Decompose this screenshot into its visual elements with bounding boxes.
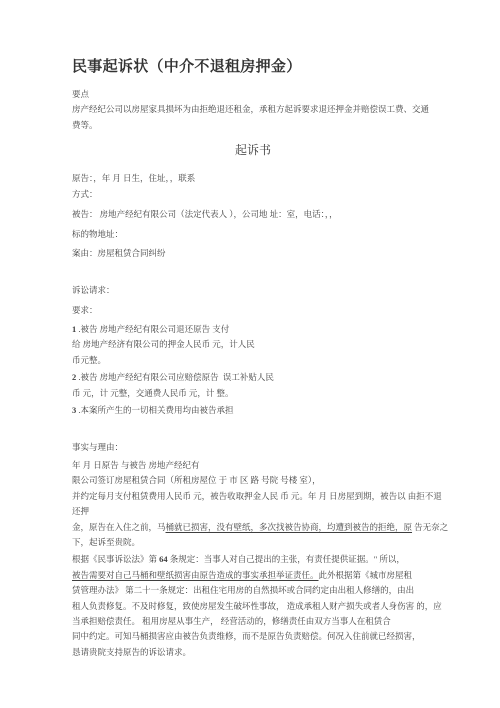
legal-line-2: 被告需要对自己马桶和壁纸损害由原告造成的事实承担举证责任。此外根据第《城市房屋租 <box>72 568 434 583</box>
legal-line-1: 根据《民事诉讼法》第 64 条规定：当事人对自己提出的主张，有责任提供证据。" … <box>72 552 434 567</box>
claim-3-text: .本案所产生的一切相关费用均由被告承担 <box>76 405 233 415</box>
defendant-line: 被告： 房地产经纪有限公司（法定代表人 ），公司地 址：室，电话：，， <box>72 207 434 222</box>
legal-line-4: 租人负责修复。不及时修复，致使房屋发生破坏性事故， 造成承租人财产损失或者人身伤… <box>72 599 434 614</box>
facts-line-4: 还押 <box>72 504 434 519</box>
case-cause-paragraph: 案由：房屋租赁合同纠纷 <box>72 246 434 261</box>
plaintiff-line-2: 方式： <box>72 187 434 202</box>
facts-line-2: 限公司签订房屋租赁合同（所租房屋位 于 市 区 路 号院 号楼 室）， <box>72 473 434 488</box>
claim-item-3: 3 .本案所产生的一切相关费用均由被告承担 <box>72 403 434 418</box>
claim-1-line-3: 币元整。 <box>72 353 434 368</box>
legal-line-7: 恳请贵院支持原告的诉讼请求。 <box>72 645 434 660</box>
doc-heading: 起诉书 <box>72 141 434 159</box>
claims-demand-paragraph: 要求： <box>72 303 434 318</box>
page-title: 民事起诉状（中介不退租房押金） <box>72 56 434 78</box>
facts-line-5-suffix: 告无奈之 <box>412 522 448 532</box>
legal-line-2-underlined: 被告需要对自己马桶和壁纸损害由原告造成的事实承担举证责任。 <box>72 570 319 580</box>
legal-line-3: 赁管理办法》 第二十一条规定：出租住宅用房的自然损坏或合同约定由出租人修缮的，由… <box>72 583 434 598</box>
facts-label: 事实与理由： <box>72 440 434 455</box>
keypoints-label: 要点 <box>72 87 434 102</box>
facts-line-5-prefix: 金，原告在入住之前，马 <box>72 522 166 532</box>
facts-paragraph: 年 月 日原告 与被告 房地产经纪有 限公司签订房屋租赁合同（所租房屋位 于 市… <box>72 458 434 550</box>
claim-2-line-2: 币 元，计 元整，交通费人民币 元，计 整。 <box>72 386 434 401</box>
facts-line-1: 年 月 日原告 与被告 房地产经纪有 <box>72 458 434 473</box>
summary-line-2: 费等。 <box>72 118 434 133</box>
legal-line-1-prefix: 根据《民事诉讼法》第 <box>72 554 159 564</box>
plaintiff-line-1: 原告：，年 月 日生，住址，，联系 <box>72 171 434 186</box>
claim-3-line-1: 3 .本案所产生的一切相关费用均由被告承担 <box>72 403 434 418</box>
facts-line-3: 并约定每月支付租赁费用人民币 元，被告收取押金人民 币 元。年 月 日房屋到期，… <box>72 489 434 504</box>
subject-address-paragraph: 标的物地址： <box>72 227 434 242</box>
claim-1-text: .被告 房地产经纪有限公司退还原告 支付 <box>76 324 229 334</box>
claims-demand-label: 要求： <box>72 303 434 318</box>
claims-request-paragraph: 诉讼请求： <box>72 283 434 298</box>
defendant-paragraph: 被告： 房地产经纪有限公司（法定代表人 ），公司地 址：室，电话：，， <box>72 207 434 222</box>
facts-line-5: 金，原告在入住之前，马桶就已损害，没有壁纸，多次找被告协商，均遭到被告的拒绝，原… <box>72 520 434 535</box>
claim-2-line-1: 2 .被告 房地产经纪有限公司应赔偿原告 误工补贴人民 <box>72 370 434 385</box>
claim-item-1: 1 .被告 房地产经纪有限公司退还原告 支付 给 房地产经济有限公司的押金人民币… <box>72 322 434 368</box>
facts-line-5-underlined: 桶就已损害，没有壁纸，多次找被告协商，均遭到被告的拒绝，原 <box>166 522 413 532</box>
facts-line-6: 下，起诉至贵院。 <box>72 535 434 550</box>
claim-2-text: .被告 房地产经纪有限公司应赔偿原告 误工补贴人民 <box>76 372 274 382</box>
claim-1-line-1: 1 .被告 房地产经纪有限公司退还原告 支付 <box>72 322 434 337</box>
legal-line-2-suffix: 此外根据第《城市房屋租 <box>319 570 413 580</box>
document-page: 民事起诉状（中介不退租房押金） 要点 房产经纪公司以房屋家具损坏为由拒绝退还租金… <box>0 0 500 708</box>
legal-basis-paragraph: 根据《民事诉讼法》第 64 条规定：当事人对自己提出的主张，有责任提供证据。" … <box>72 552 434 660</box>
case-cause-line: 案由：房屋租赁合同纠纷 <box>72 246 434 261</box>
legal-line-1-number: 64 <box>159 554 168 564</box>
claim-1-line-2: 给 房地产经济有限公司的押金人民币 元，计人民 <box>72 337 434 352</box>
claim-item-2: 2 .被告 房地产经纪有限公司应赔偿原告 误工补贴人民 币 元，计 元整，交通费… <box>72 370 434 401</box>
subject-address-label: 标的物地址： <box>72 227 434 242</box>
legal-line-5: 当承担赔偿责任。 租用房屋从事生产， 经营活动的，修缮责任由双方当事人在租赁合 <box>72 614 434 629</box>
document-content: 民事起诉状（中介不退租房押金） 要点 房产经纪公司以房屋家具损坏为由拒绝退还租金… <box>0 0 500 660</box>
legal-line-6: 同中约定。可知马桶损害应由被告负责维修，而不是原告负责赔偿。何况入住前就已经损害… <box>72 629 434 644</box>
legal-line-1-suffix: 条规定：当事人对自己提出的主张，有责任提供证据。" 所以， <box>168 554 405 564</box>
summary-line-1: 房产经纪公司以房屋家具损坏为由拒绝退还租金，承租方起诉要求退还押金并赔偿误工费、… <box>72 102 434 117</box>
plaintiff-paragraph: 原告：，年 月 日生，住址，，联系 方式： <box>72 171 434 202</box>
facts-label-paragraph: 事实与理由： <box>72 440 434 455</box>
claims-request-label: 诉讼请求： <box>72 283 434 298</box>
